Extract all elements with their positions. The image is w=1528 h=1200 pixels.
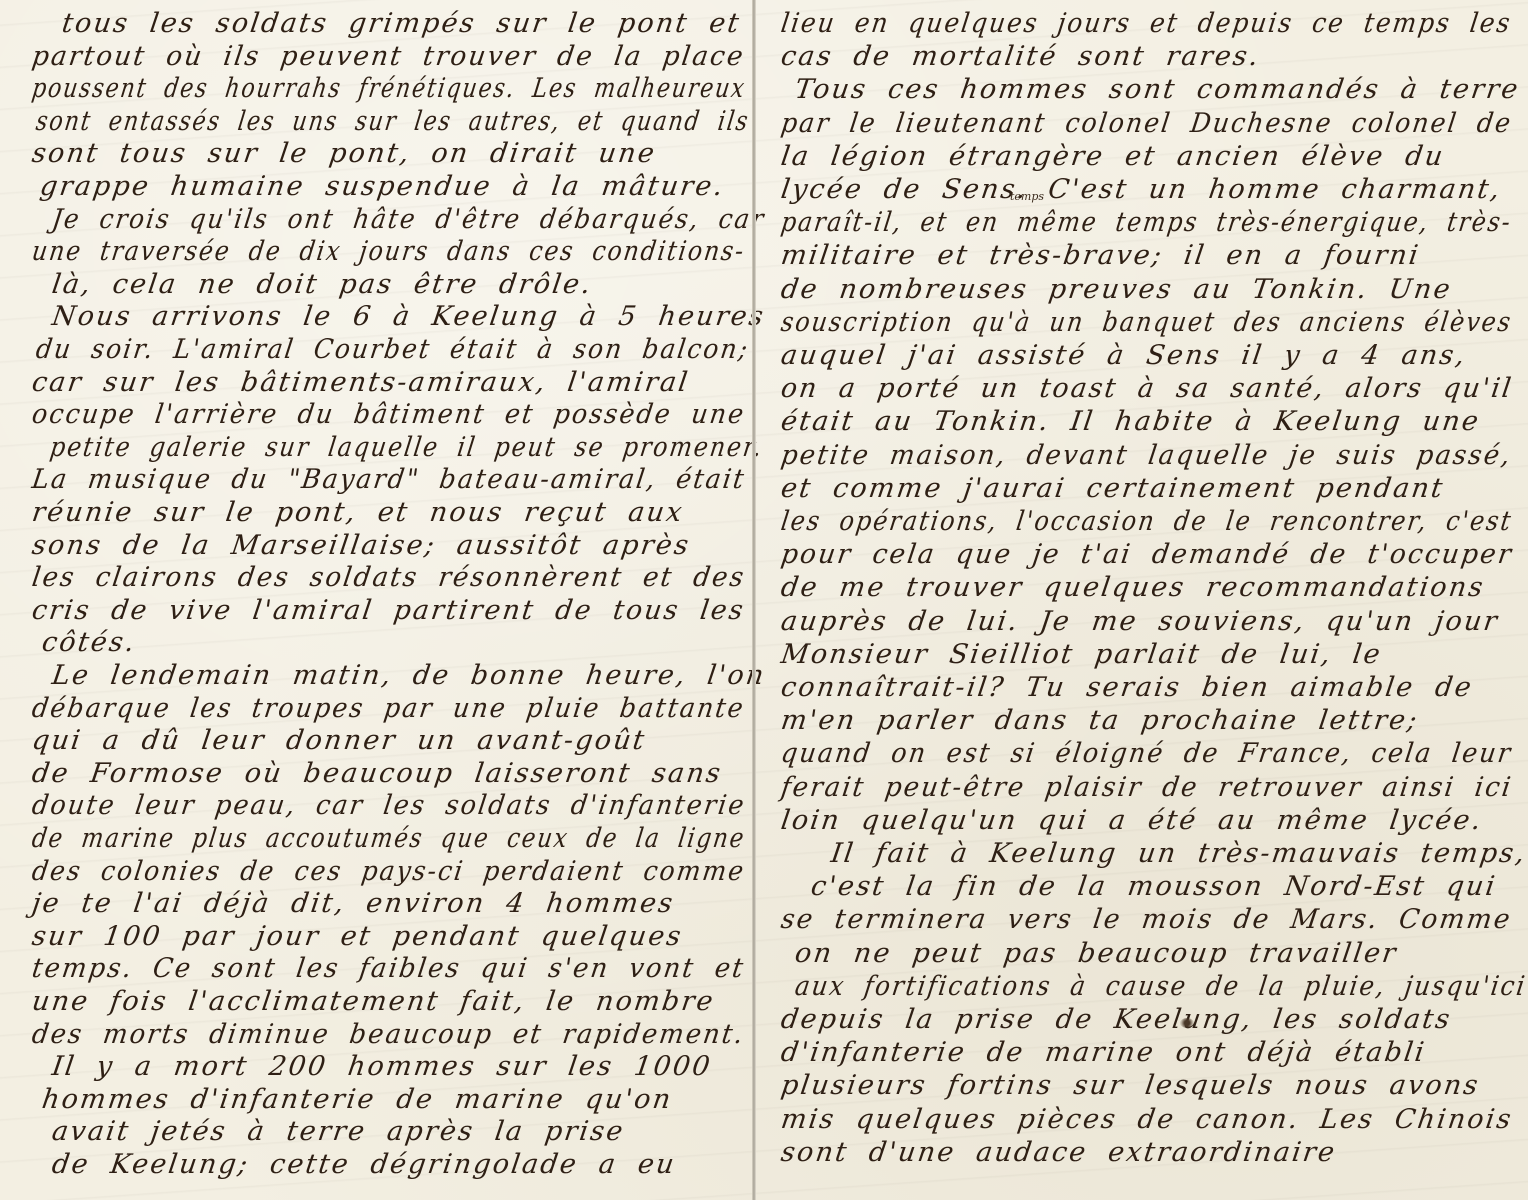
handwritten-line: auquel j'ai assisté à Sens il y a 4 ans,	[779, 340, 1469, 371]
handwritten-line: une fois l'acclimatement fait, le nombre	[30, 986, 717, 1017]
handwritten-line: et comme j'aurai certainement pendant	[779, 473, 1446, 504]
handwritten-line: d'infanterie de marine ont déjà établi	[779, 1037, 1428, 1068]
handwritten-line: souscription qu'à un banquet des anciens…	[779, 307, 1514, 338]
handwritten-line: grappe humaine suspendue à la mâture.	[38, 171, 727, 202]
handwritten-line: une traversée de dix jours dans ces cond…	[30, 236, 747, 267]
handwritten-line: avait jetés à terre après la prise	[50, 1116, 627, 1147]
ink-blot	[1180, 1018, 1194, 1028]
handwritten-line: plusieurs fortins sur lesquels nous avon…	[779, 1070, 1482, 1101]
handwritten-line: tous les soldats grimpés sur le pont et	[60, 8, 743, 39]
handwritten-line: de Formose où beaucoup laisseront sans	[30, 758, 724, 789]
handwritten-line: sur 100 par jour et pendant quelques	[30, 921, 685, 952]
page-fold	[752, 0, 756, 1200]
handwritten-line: de marine plus accoutumés que ceux de la…	[30, 823, 747, 854]
handwritten-line: connaîtrait-il? Tu serais bien aimable d…	[779, 672, 1475, 703]
handwritten-line: quand on est si éloigné de France, cela …	[779, 738, 1514, 769]
handwritten-line: Je crois qu'ils ont hâte d'être débarqué…	[50, 204, 767, 235]
handwritten-line: ferait peut-être plaisir de retrouver ai…	[779, 772, 1515, 803]
handwritten-line: aux fortifications à cause de la pluie, …	[793, 971, 1528, 1002]
handwritten-line: c'est la fin de la mousson Nord-Est qui	[809, 871, 1499, 902]
handwritten-line: de nombreuses preuves au Tonkin. Une	[779, 274, 1454, 305]
handwritten-line: poussent des hourrahs frénétiques. Les m…	[30, 73, 748, 104]
handwritten-line: mis quelques pièces de canon. Les Chinoi…	[779, 1104, 1515, 1135]
handwritten-line: des colonies de ces pays-ci perdaient co…	[30, 856, 747, 887]
right-page: lieu en quelques jours et depuis ce temp…	[757, 0, 1528, 1200]
handwritten-line: hommes d'infanterie de marine qu'on	[40, 1084, 675, 1115]
handwritten-line: côtés.	[40, 627, 138, 658]
handwritten-line: Il fait à Keelung un très-mauvais temps,	[829, 838, 1528, 869]
handwritten-line: depuis la prise de Keelung, les soldats	[779, 1004, 1454, 1035]
handwritten-line: on a porté un toast à sa santé, alors qu…	[779, 373, 1515, 404]
handwritten-line: les clairons des soldats résonnèrent et …	[30, 562, 748, 593]
handwritten-line: pour cela que je t'ai demandé de t'occup…	[779, 539, 1515, 570]
handwritten-line: sont tous sur le pont, on dirait une	[30, 138, 658, 169]
handwritten-line: La musique du "Bayard" bateau-amiral, ét…	[30, 464, 748, 495]
handwritten-line: Tous ces hommes sont commandés à terre	[793, 74, 1522, 105]
handwritten-line: paraît-il, et en même temps très-énergiq…	[779, 207, 1514, 238]
handwritten-line: réunie sur le pont, et nous reçut aux	[30, 497, 686, 528]
interlinear-insert: temps	[1010, 190, 1044, 203]
handwritten-line: lieu en quelques jours et depuis ce temp…	[779, 8, 1514, 39]
handwritten-line: Il y a mort 200 hommes sur les 1000	[50, 1051, 714, 1082]
handwritten-line: militaire et très-brave; il en a fourni	[779, 240, 1422, 271]
handwritten-line: se terminera vers le mois de Mars. Comme	[779, 904, 1514, 935]
handwritten-line: par le lieutenant colonel Duchesne colon…	[779, 108, 1514, 139]
letter-spread: tous les soldats grimpés sur le pont etp…	[0, 0, 1528, 1200]
handwritten-line: sont entassés les uns sur les autres, et…	[34, 106, 751, 137]
handwritten-line: là, cela ne doit pas être drôle.	[50, 269, 594, 300]
handwritten-line: Nous arrivons le 6 à Keelung à 5 heures	[50, 301, 767, 332]
handwritten-line: les opérations, l'occasion de le rencont…	[779, 506, 1514, 537]
handwritten-line: cas de mortalité sont rares.	[779, 41, 1262, 72]
handwritten-line: de Keelung; cette dégringolade a eu	[50, 1149, 678, 1180]
left-page: tous les soldats grimpés sur le pont etp…	[0, 0, 753, 1200]
handwritten-line: Monsieur Sieilliot parlait de lui, le	[779, 639, 1384, 670]
handwritten-line: cris de vive l'amiral partirent de tous …	[30, 595, 747, 626]
handwritten-line: qui a dû leur donner un avant-goût	[30, 725, 648, 756]
handwritten-line: sons de la Marseillaise; aussitôt après	[30, 530, 692, 561]
handwritten-line: m'en parler dans ta prochaine lettre;	[779, 705, 1421, 736]
handwritten-line: je te l'ai déjà dit, environ 4 hommes	[30, 888, 677, 919]
handwritten-line: de me trouver quelques recommandations	[779, 572, 1487, 603]
handwritten-line: Le lendemain matin, de bonne heure, l'on	[50, 660, 768, 691]
handwritten-line: petite galerie sur laquelle il peut se p…	[48, 432, 765, 463]
handwritten-line: doute leur peau, car les soldats d'infan…	[30, 790, 748, 821]
handwritten-line: lycée de Sens. C'est un homme charmant,	[779, 174, 1504, 205]
handwritten-line: temps. Ce sont les faibles qui s'en vont…	[30, 953, 747, 984]
handwritten-line: car sur les bâtiments-amiraux, l'amiral	[30, 367, 691, 398]
handwritten-line: du soir. L'amiral Courbet était à son ba…	[34, 334, 751, 365]
handwritten-line: était au Tonkin. Il habite à Keelung une	[779, 406, 1482, 437]
handwritten-line: débarque les troupes par une pluie batta…	[30, 693, 747, 724]
handwritten-line: auprès de lui. Je me souviens, qu'un jou…	[779, 606, 1501, 637]
handwritten-line: des morts diminue beaucoup et rapidement…	[30, 1019, 747, 1050]
handwritten-line: petite maison, devant laquelle je suis p…	[779, 440, 1514, 471]
handwritten-line: loin quelqu'un qui a été au même lycée.	[779, 805, 1485, 836]
handwritten-line: la légion étrangère et ancien élève du	[779, 141, 1447, 172]
handwritten-line: occupe l'arrière du bâtiment et possède …	[30, 399, 747, 430]
handwritten-line: sont d'une audace extraordinaire	[779, 1137, 1338, 1168]
handwritten-line: on ne peut pas beaucoup travailler	[793, 938, 1400, 969]
handwritten-line: partout où ils peuvent trouver de la pla…	[30, 41, 747, 72]
